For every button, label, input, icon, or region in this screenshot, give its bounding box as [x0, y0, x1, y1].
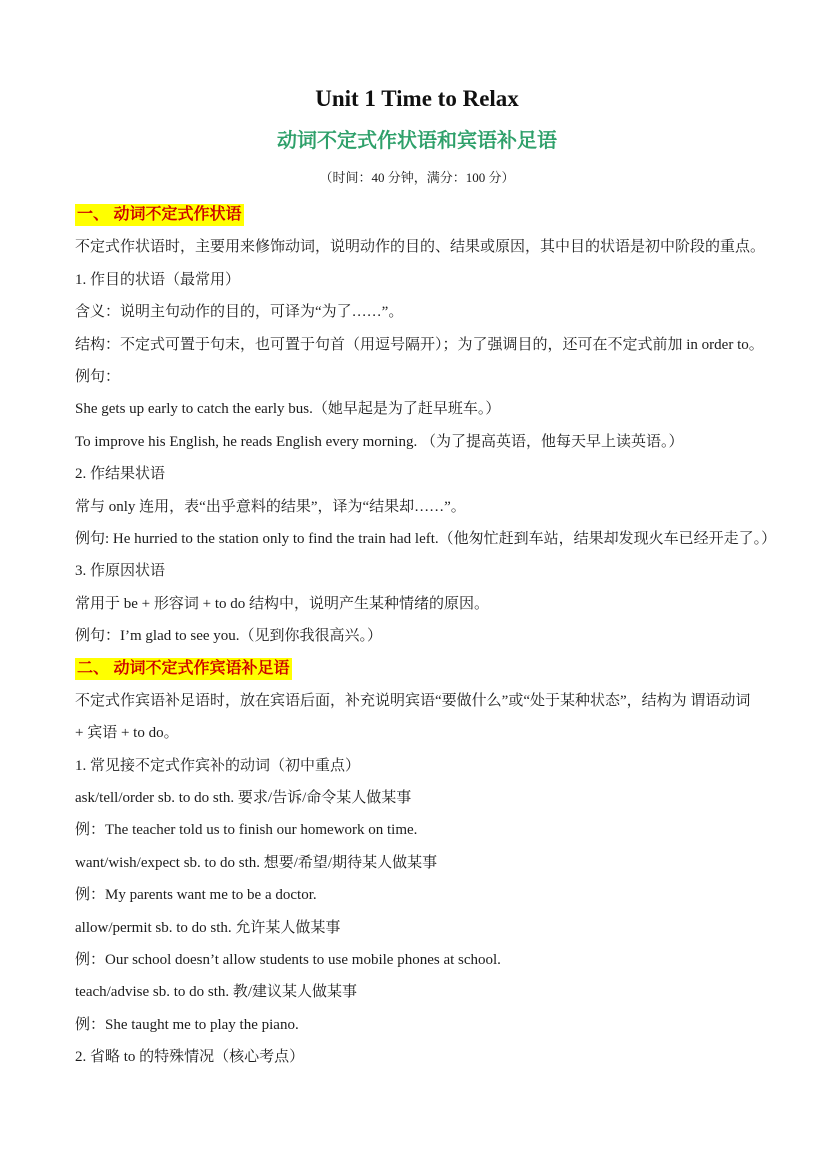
body-line: 不定式作状语时，主要用来修饰动词，说明动作的目的、结果或原因，其中目的状语是初中…	[75, 231, 759, 263]
section-adverbial: 一、 动词不定式作状语 不定式作状语时，主要用来修饰动词，说明动作的目的、结果或…	[75, 199, 759, 652]
page-title: Unit 1 Time to Relax	[75, 86, 759, 112]
body-line: 2. 省略 to 的特殊情况（核心考点）	[75, 1041, 759, 1073]
body-line: To improve his English, he reads English…	[75, 426, 759, 458]
page-subtitle: 动词不定式作状语和宾语补足语	[75, 129, 759, 153]
body-line: 不定式作宾语补足语时，放在宾语后面，补充说明宾语“要做什么”或“处于某种状态”，…	[75, 685, 759, 717]
body-line: 2. 作结果状语	[75, 458, 759, 490]
body-line: 1. 常见接不定式作宾补的动词（初中重点）	[75, 750, 759, 782]
body-line: want/wish/expect sb. to do sth. 想要/希望/期待…	[75, 847, 759, 879]
body-line: + 宾语 + to do。	[75, 717, 759, 749]
body-line: allow/permit sb. to do sth. 允许某人做某事	[75, 912, 759, 944]
section-1-heading-row: 一、 动词不定式作状语	[75, 199, 759, 231]
body-line: 结构：不定式可置于句末，也可置于句首（用逗号隔开）；为了强调目的，还可在不定式前…	[75, 329, 759, 361]
section-2-heading: 二、 动词不定式作宾语补足语	[75, 658, 292, 680]
body-line: 例：The teacher told us to finish our home…	[75, 814, 759, 846]
exam-meta-line: （时间：40 分钟，满分：100 分）	[75, 169, 759, 187]
section-1-heading: 一、 动词不定式作状语	[75, 204, 244, 226]
body-line: 例句: He hurried to the station only to fi…	[75, 523, 759, 555]
section-2-heading-row: 二、 动词不定式作宾语补足语	[75, 652, 759, 684]
body-line: 例：She taught me to play the piano.	[75, 1009, 759, 1041]
body-line: 含义：说明主句动作的目的，可译为“为了……”。	[75, 296, 759, 328]
document-content: Unit 1 Time to Relax 动词不定式作状语和宾语补足语 （时间：…	[0, 0, 827, 1074]
body-line: 例句：	[75, 361, 759, 393]
body-line: 3. 作原因状语	[75, 555, 759, 587]
body-line: 例：Our school doesn’t allow students to u…	[75, 944, 759, 976]
section-object-complement: 二、 动词不定式作宾语补足语 不定式作宾语补足语时，放在宾语后面，补充说明宾语“…	[75, 652, 759, 1073]
body-line: ask/tell/order sb. to do sth. 要求/告诉/命令某人…	[75, 782, 759, 814]
body-line: 例：My parents want me to be a doctor.	[75, 879, 759, 911]
document-page: Unit 1 Time to Relax 动词不定式作状语和宾语补足语 （时间：…	[0, 0, 827, 1169]
body-line: teach/advise sb. to do sth. 教/建议某人做某事	[75, 976, 759, 1008]
body-line: 1. 作目的状语（最常用）	[75, 264, 759, 296]
body-line: 例句：I’m glad to see you.（见到你我很高兴。）	[75, 620, 759, 652]
body-line: 常与 only 连用，表“出乎意料的结果”，译为“结果却……”。	[75, 491, 759, 523]
body-line: 常用于 be + 形容词 + to do 结构中，说明产生某种情绪的原因。	[75, 588, 759, 620]
body-line: She gets up early to catch the early bus…	[75, 393, 759, 425]
